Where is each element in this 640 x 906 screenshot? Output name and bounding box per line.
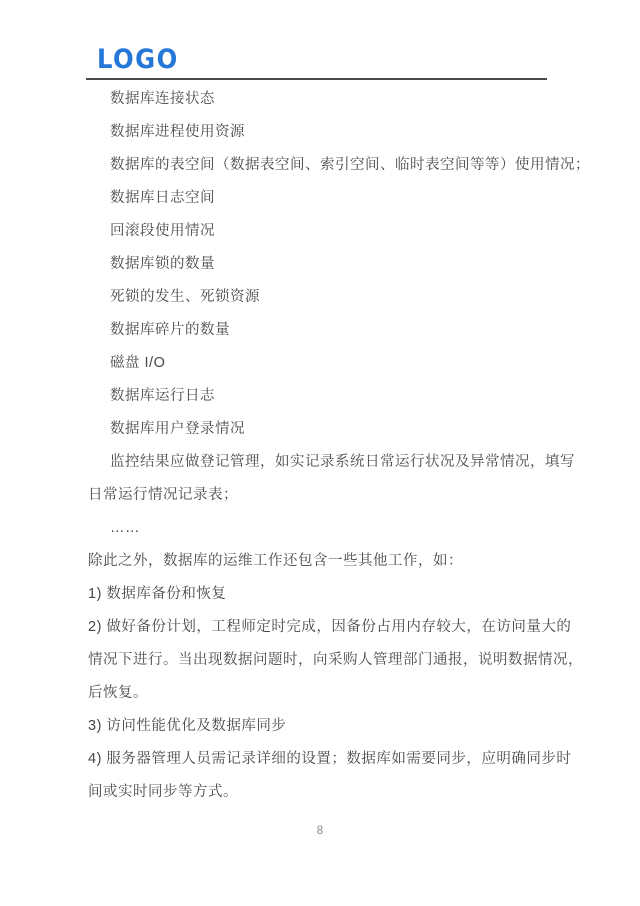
list-item-line: 4) 服务器管理人员需记录详细的设置；数据库如需要同步，应明确同步时 bbox=[88, 743, 552, 776]
text-line: 数据库的表空间（数据表空间、索引空间、临时表空间等等）使用情况； bbox=[88, 149, 552, 182]
text-line: 数据库进程使用资源 bbox=[88, 116, 552, 149]
text-line: 间或实时同步等方式。 bbox=[88, 776, 552, 809]
text-line: 数据库连接状态 bbox=[88, 83, 552, 116]
text-line: 除此之外，数据库的运维工作还包含一些其他工作，如： bbox=[88, 545, 552, 578]
list-item-line: 1) 数据库备份和恢复 bbox=[88, 578, 552, 611]
text-line: 数据库碎片的数量 bbox=[88, 314, 552, 347]
document-body: 数据库连接状态 数据库进程使用资源 数据库的表空间（数据表空间、索引空间、临时表… bbox=[88, 80, 552, 809]
list-item-line: 3) 访问性能优化及数据库同步 bbox=[88, 710, 552, 743]
logo: LOGO bbox=[97, 46, 179, 78]
text-line: 数据库日志空间 bbox=[88, 182, 552, 215]
text-line: 磁盘 I/O bbox=[88, 347, 552, 380]
text-line: 数据库锁的数量 bbox=[88, 248, 552, 281]
text-line: 回滚段使用情况 bbox=[88, 215, 552, 248]
text-line: 后恢复。 bbox=[88, 677, 552, 710]
text-line: 日常运行情况记录表； bbox=[88, 479, 552, 512]
list-item-line: 2) 做好备份计划，工程师定时完成，因备份占用内存较大，在访问量大的 bbox=[88, 611, 552, 644]
page-number: 8 bbox=[317, 825, 323, 837]
text-line: 数据库运行日志 bbox=[88, 380, 552, 413]
document-page: LOGO 数据库连接状态 数据库进程使用资源 数据库的表空间（数据表空间、索引空… bbox=[0, 0, 640, 906]
ellipsis-line: …… bbox=[88, 512, 552, 545]
text-line: 死锁的发生、死锁资源 bbox=[88, 281, 552, 314]
page-header: LOGO bbox=[86, 0, 547, 80]
page-footer: 8 bbox=[0, 820, 640, 842]
text-line: 监控结果应做登记管理，如实记录系统日常运行状况及异常情况，填写 bbox=[88, 446, 552, 479]
text-line: 数据库用户登录情况 bbox=[88, 413, 552, 446]
text-line: 情况下进行。当出现数据问题时，向采购人管理部门通报，说明数据情况， bbox=[88, 644, 552, 677]
